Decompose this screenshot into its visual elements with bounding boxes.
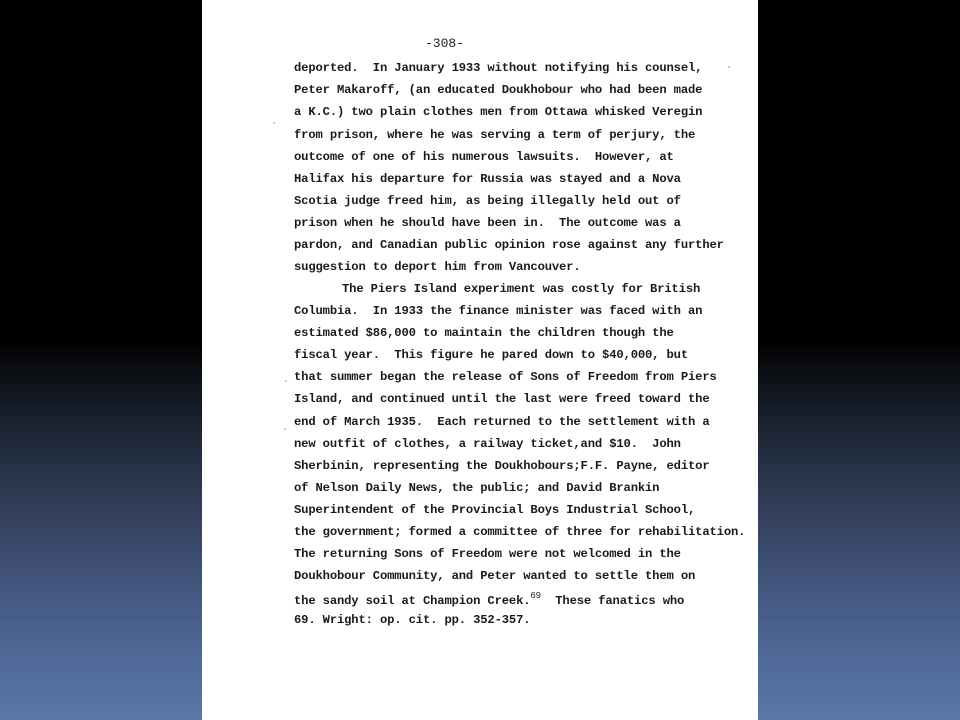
text-line: Peter Makaroff, (an educated Doukhobour …: [294, 83, 702, 97]
scan-speck: [728, 66, 730, 68]
text-line: fiscal year. This figure he pared down t…: [294, 348, 688, 362]
scan-speck: [285, 380, 287, 382]
scan-speck: [284, 428, 286, 430]
text-line: Doukhobour Community, and Peter wanted t…: [294, 569, 695, 583]
text-line: the government; formed a committee of th…: [294, 525, 745, 539]
text-line: The Piers Island experiment was costly f…: [342, 282, 700, 296]
scan-speck: [273, 122, 275, 124]
text-line: suggestion to deport him from Vancouver.: [294, 260, 581, 274]
text-line: that summer began the release of Sons of…: [294, 370, 717, 384]
footnote-marker: 69: [530, 591, 541, 601]
text-line: Columbia. In 1933 the finance minister w…: [294, 304, 702, 318]
text-line-tail: These fanatics who: [541, 594, 684, 608]
text-line: new outfit of clothes, a railway ticket,…: [294, 437, 681, 451]
text-line: Scotia judge freed him, as being illegal…: [294, 194, 681, 208]
text-line: outcome of one of his numerous lawsuits.…: [294, 150, 674, 164]
text-line: the sandy soil at Champion Creek.: [294, 594, 530, 608]
text-line-with-footnote: the sandy soil at Champion Creek.69 Thes…: [294, 591, 684, 608]
footnote: 69. Wright: op. cit. pp. 352-357.: [294, 613, 530, 627]
text-line: Superintendent of the Provincial Boys In…: [294, 503, 695, 517]
text-line: end of March 1935. Each returned to the …: [294, 415, 710, 429]
text-line: of Nelson Daily News, the public; and Da…: [294, 481, 659, 495]
page-number: -308-: [425, 36, 465, 51]
text-line: from prison, where he was serving a term…: [294, 128, 695, 142]
text-line: Island, and continued until the last wer…: [294, 392, 710, 406]
text-line: Sherbinin, representing the Doukhobours;…: [294, 459, 710, 473]
text-line: a K.C.) two plain clothes men from Ottaw…: [294, 105, 702, 119]
text-line: pardon, and Canadian public opinion rose…: [294, 238, 724, 252]
text-line: prison when he should have been in. The …: [294, 216, 681, 230]
text-line: deported. In January 1933 without notify…: [294, 61, 702, 75]
text-line: The returning Sons of Freedom were not w…: [294, 547, 681, 561]
text-line: estimated $86,000 to maintain the childr…: [294, 326, 674, 340]
text-line: Halifax his departure for Russia was sta…: [294, 172, 681, 186]
